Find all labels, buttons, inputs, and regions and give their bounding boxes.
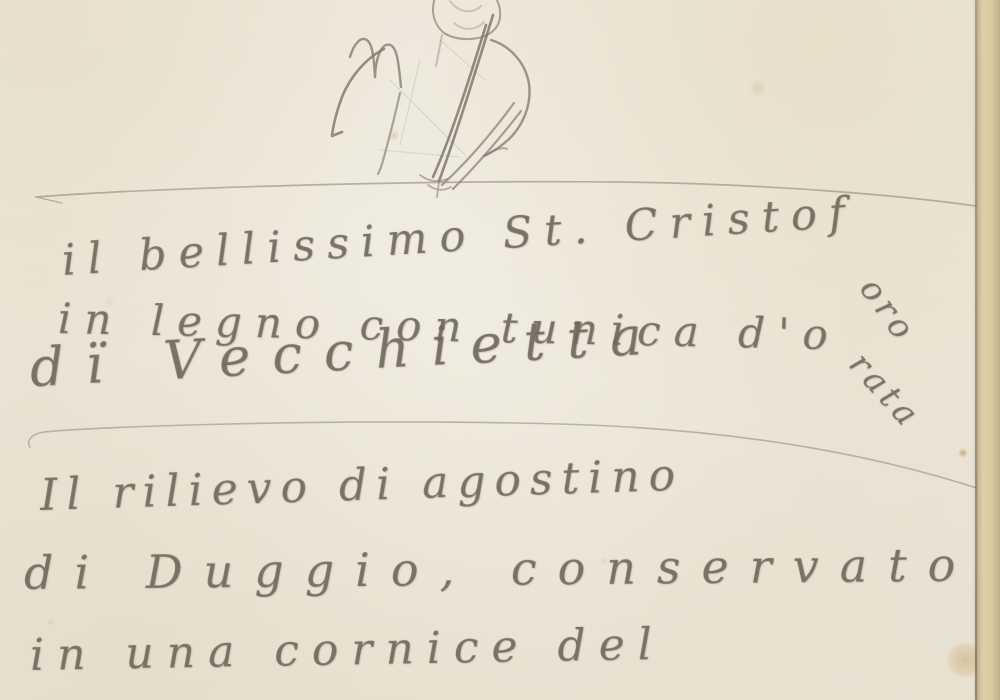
manuscript-page: il bellissimo St. Cristof oro in legno c… (0, 0, 1000, 700)
page-edge (977, 0, 1000, 700)
fox-stain (748, 80, 768, 96)
pencil-sketch-figure (320, 0, 570, 200)
fox-stain (46, 618, 55, 626)
fox-stain (102, 296, 116, 308)
handwriting-line-duggio: di Duggio, conservato (24, 538, 977, 600)
handwriting-line-bellissimo: il bellissimo St. Cristof (60, 187, 858, 286)
fox-stain (388, 130, 400, 141)
handwriting-wrap-rata: rata (842, 344, 930, 436)
fox-stain (598, 556, 609, 566)
fox-stain (958, 448, 968, 458)
handwriting-line-cornice: in una cornice del (30, 619, 666, 681)
handwriting-wrap-oro: oro (852, 270, 925, 350)
handwriting-line-rilievo: Il rilievo di agostino (39, 450, 685, 521)
